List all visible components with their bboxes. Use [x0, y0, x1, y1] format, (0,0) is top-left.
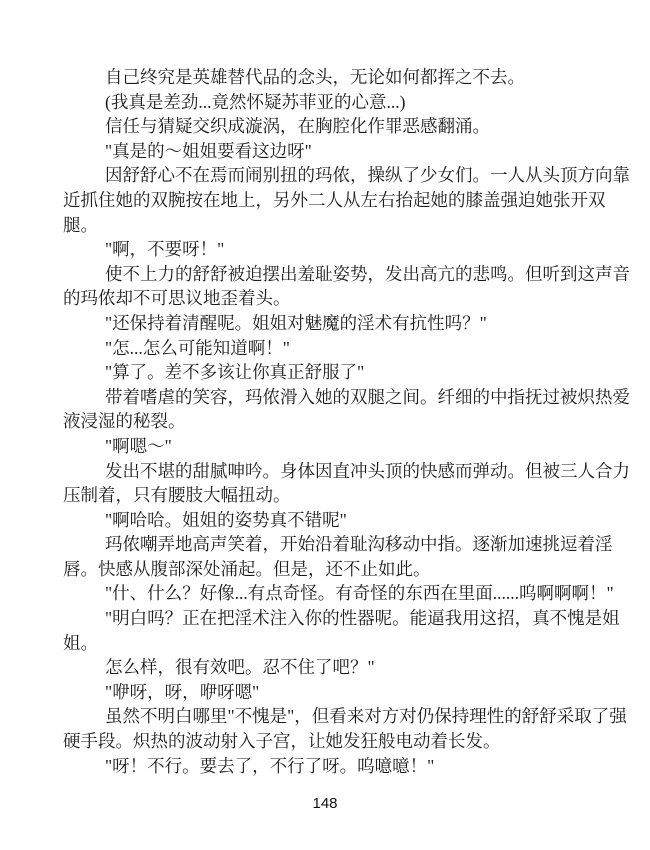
- text-line: 怎么样，很有效吧。忍不住了吧？": [63, 655, 590, 680]
- page-text-body: 自己终究是英雄替代品的念头，无论如何都挥之不去。(我真是差劲...竟然怀疑苏菲亚…: [63, 65, 590, 778]
- text-line: 玛侬嘲弄地高声笑着，开始沿着耻沟移动中指。逐渐加速挑逗着淫: [63, 532, 590, 557]
- text-line: 近抓住她的双腕按在地上，另外二人从左右抬起她的膝盖强迫她张开双: [63, 188, 590, 213]
- text-line: 压制着，只有腰肢大幅扭动。: [63, 483, 590, 508]
- text-line: 的玛侬却不可思议地歪着头。: [63, 286, 590, 311]
- text-line: "明白吗？正在把淫术注入你的性器呢。能逼我用这招，真不愧是姐: [63, 606, 590, 631]
- text-line: 带着嗜虐的笑容，玛侬滑入她的双腿之间。纤细的中指抚过被炽热爱: [63, 385, 590, 410]
- text-line: 虽然不明白哪里"不愧是"，但看来对方对仍保持理性的舒舒采取了强: [63, 704, 590, 729]
- text-line: "什、什么？好像...有点奇怪。有奇怪的东西在里面......呜啊啊啊！": [63, 581, 590, 606]
- document-page: 自己终究是英雄替代品的念头，无论如何都挥之不去。(我真是差劲...竟然怀疑苏菲亚…: [0, 0, 650, 850]
- text-line: 硬手段。炽热的波动射入子宫，让她发狂般电动着长发。: [63, 729, 590, 754]
- text-line: 姐。: [63, 631, 590, 656]
- text-line: "还保持着清醒呢。姐姐对魅魔的淫术有抗性吗？": [63, 311, 590, 336]
- text-line: "怎...怎么可能知道啊！": [63, 336, 590, 361]
- text-line: "呀！不行。要去了，不行了呀。呜噫噫！": [63, 754, 590, 779]
- text-line: 使不上力的舒舒被迫摆出羞耻姿势，发出高亢的悲鸣。但听到这声音: [63, 262, 590, 287]
- text-line: "啊哈哈。姐姐的姿势真不错呢": [63, 508, 590, 533]
- text-line: 因舒舒心不在焉而闹别扭的玛侬，操纵了少女们。一人从头顶方向靠: [63, 163, 590, 188]
- text-line: 唇。快感从腹部深处涌起。但是，还不止如此。: [63, 557, 590, 582]
- text-line: 自己终究是英雄替代品的念头，无论如何都挥之不去。: [63, 65, 590, 90]
- text-line: "啊，不要呀！": [63, 237, 590, 262]
- text-line: 腿。: [63, 213, 590, 238]
- text-line: "咿呀，呀，咿呀嗯": [63, 680, 590, 705]
- text-line: "啊嗯～": [63, 434, 590, 459]
- text-line: "算了。差不多该让你真正舒服了": [63, 360, 590, 385]
- text-line: 发出不堪的甜腻呻吟。身体因直冲头顶的快感而弹动。但被三人合力: [63, 459, 590, 484]
- text-line: 液浸湿的秘裂。: [63, 409, 590, 434]
- page-number: 148: [0, 795, 650, 812]
- text-line: (我真是差劲...竟然怀疑苏菲亚的心意...): [63, 90, 590, 115]
- text-line: 信任与猜疑交织成漩涡，在胸腔化作罪恶感翻涌。: [63, 114, 590, 139]
- text-line: "真是的～姐姐要看这边呀": [63, 139, 590, 164]
